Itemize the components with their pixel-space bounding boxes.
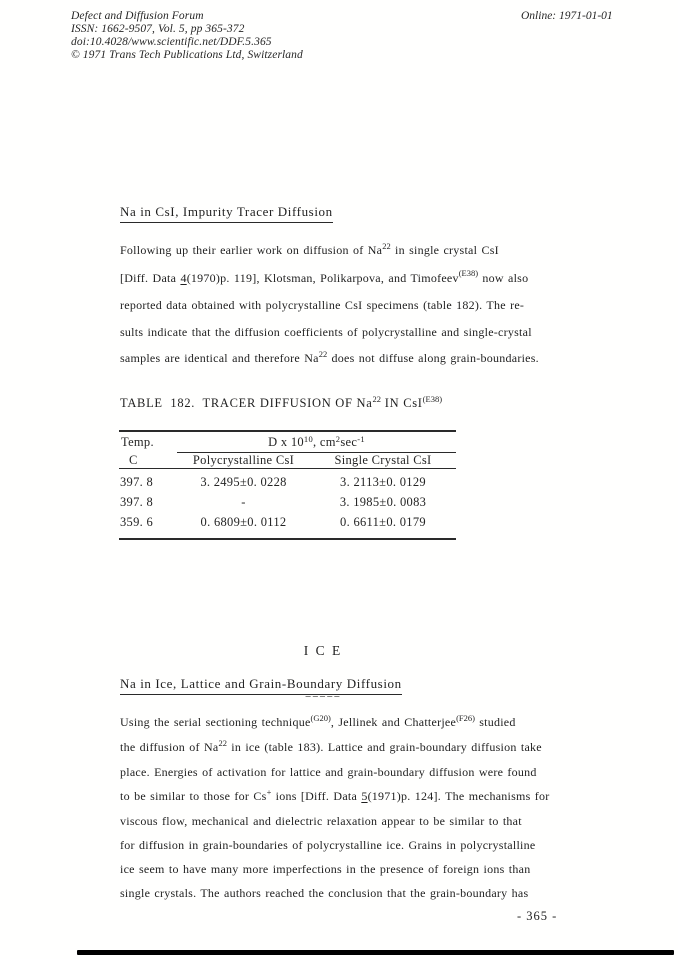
online-date: Online: 1971-01-01 (521, 10, 613, 22)
col-header-single-crystal: Single Crystal CsI (310, 453, 456, 468)
journal-header: Defect and Diffusion Forum ISSN: 1662-95… (71, 10, 303, 62)
cell-single: 0. 6611±0. 0179 (310, 514, 456, 534)
text-line: the diffusion of Na22 in ice (table 183)… (120, 735, 550, 760)
table-182: Temp. C D x 1010, cm2sec-1 Polycrystalli… (119, 430, 456, 540)
text-line: Using the serial sectioning technique(G2… (120, 710, 550, 735)
document-page: Defect and Diffusion Forum ISSN: 1662-95… (0, 0, 678, 959)
table-d-columns: D x 1010, cm2sec-1 Polycrystalline CsI S… (177, 434, 456, 468)
text-line: viscous flow, mechanical and dielectric … (120, 809, 550, 833)
text-line: reported data obtained with polycrystall… (120, 292, 539, 319)
text-line: Following up their earlier work on diffu… (120, 237, 539, 265)
table-row: 397. 8 3. 2495±0. 0228 3. 2113±0. 0129 (119, 474, 456, 494)
table-182-title: TABLE 182. TRACER DIFFUSION OF Na22 IN C… (120, 396, 442, 411)
journal-title: Defect and Diffusion Forum (71, 10, 303, 23)
table-rule-mid (119, 468, 456, 469)
cell-single: 3. 2113±0. 0129 (310, 474, 456, 494)
table-body: 397. 8 3. 2495±0. 0228 3. 2113±0. 0129 3… (119, 474, 456, 534)
cell-poly: - (177, 494, 310, 514)
table-rule-top (119, 430, 456, 432)
text-line: for diffusion in grain-boundaries of pol… (120, 833, 550, 857)
chapter-title: I C E (283, 643, 363, 659)
text-line: [Diff. Data 4(1970)p. 119], Klotsman, Po… (120, 265, 539, 293)
table-header: Temp. C D x 1010, cm2sec-1 Polycrystalli… (119, 434, 456, 468)
text-line: place. Energies of activation for lattic… (120, 760, 550, 784)
cell-poly: 3. 2495±0. 0228 (177, 474, 310, 494)
table-col-temp-header: Temp. C (119, 434, 177, 468)
journal-issn-volume: ISSN: 1662-9507, Vol. 5, pp 365-372 (71, 23, 303, 36)
page-number: - 365 - (517, 909, 557, 924)
text-line: ice seem to have many more imperfections… (120, 857, 550, 881)
cell-single: 3. 1985±0. 0083 (310, 494, 456, 514)
table-rule-bottom (119, 538, 456, 540)
footer-scan-bar (77, 950, 674, 955)
paragraph-na-in-ice: Using the serial sectioning technique(G2… (120, 710, 550, 905)
temp-unit-label: C (119, 453, 177, 468)
col-header-polycrystalline: Polycrystalline CsI (177, 453, 310, 468)
table-row: 397. 8 - 3. 1985±0. 0083 (119, 494, 456, 514)
section-heading-na-in-ice: Na in Ice, Lattice and Grain-Boundary Di… (120, 676, 402, 695)
cell-poly: 0. 6809±0. 0112 (177, 514, 310, 534)
cell-temp: 359. 6 (119, 514, 177, 534)
cell-temp: 397. 8 (119, 474, 177, 494)
diffusion-coefficient-header: D x 1010, cm2sec-1 (177, 434, 456, 453)
text-line: to be similar to those for Cs+ ions [Dif… (120, 784, 550, 809)
journal-doi: doi:10.4028/www.scientific.net/DDF.5.365 (71, 36, 303, 49)
journal-copyright: © 1971 Trans Tech Publications Ltd, Swit… (71, 49, 303, 62)
cell-temp: 397. 8 (119, 494, 177, 514)
table-subheaders: Polycrystalline CsI Single Crystal CsI (177, 453, 456, 468)
paragraph-na-in-csi: Following up their earlier work on diffu… (120, 237, 539, 373)
text-line: sults indicate that the diffusion coeffi… (120, 319, 539, 346)
table-row: 359. 6 0. 6809±0. 0112 0. 6611±0. 0179 (119, 514, 456, 534)
text-line: samples are identical and therefore Na22… (120, 345, 539, 373)
section-heading-na-in-csi: Na in CsI, Impurity Tracer Diffusion (120, 204, 333, 223)
temp-label: Temp. (119, 434, 177, 453)
text-line: single crystals. The authors reached the… (120, 881, 550, 905)
